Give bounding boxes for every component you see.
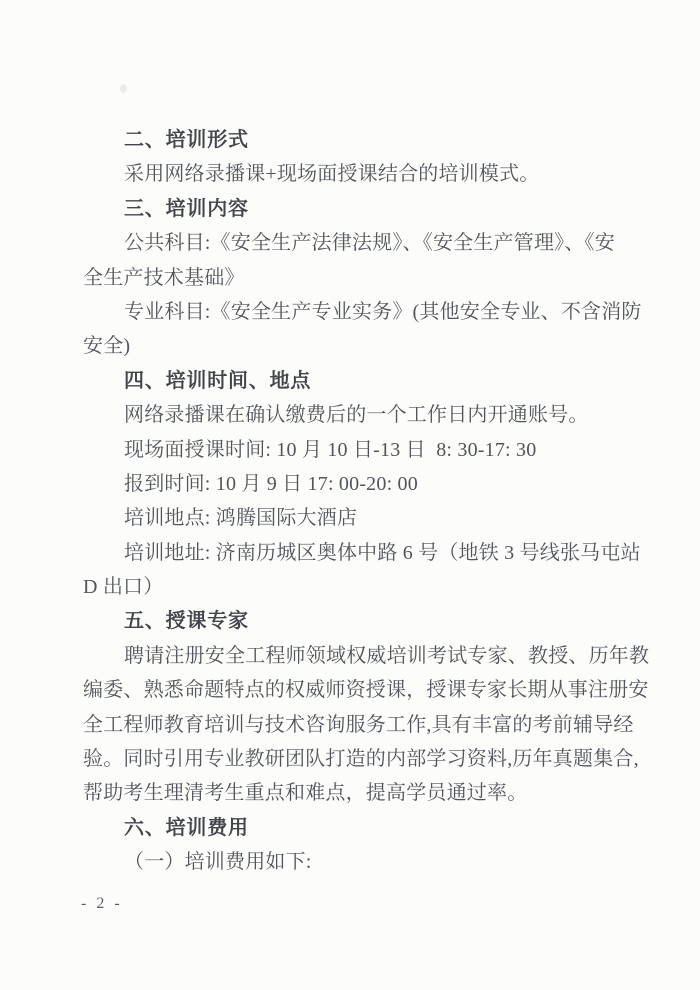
text-line: 帮助考生理清考生重点和难点，提高学员通过率。	[83, 776, 643, 810]
scanned-document-page: 二、培训形式采用网络录播课+现场面授课结合的培训模式。三、培训内容公共科目:《安…	[0, 0, 700, 990]
text-line: 网络录播课在确认缴费后的一个工作日内开通账号。	[83, 398, 643, 432]
text-line: 聘请注册安全工程师领域权威培训考试专家、教授、历年教	[83, 639, 643, 673]
section-heading: 四、培训时间、地点	[83, 364, 643, 398]
text-line: （一）培训费用如下:	[83, 845, 643, 879]
text-line: 安全)	[83, 329, 643, 363]
text-line: 培训地址: 济南历城区奥体中路 6 号（地铁 3 号线张马屯站	[83, 536, 643, 570]
page-number: - 2 -	[81, 894, 123, 914]
section-heading: 五、授课专家	[83, 604, 643, 638]
section-heading: 二、培训形式	[83, 123, 643, 157]
text-line: 全生产技术基础》	[83, 261, 643, 295]
section-heading: 三、培训内容	[83, 192, 643, 226]
scan-artifact	[120, 84, 127, 93]
text-line: 全工程师教育培训与技术咨询服务工作,具有丰富的考前辅导经	[83, 708, 643, 742]
text-line: 采用网络录播课+现场面授课结合的培训模式。	[83, 157, 643, 191]
section-heading: 六、培训费用	[83, 811, 643, 845]
text-line: D 出口）	[83, 570, 643, 604]
document-content: 二、培训形式采用网络录播课+现场面授课结合的培训模式。三、培训内容公共科目:《安…	[83, 123, 643, 880]
text-line: 编委、熟悉命题特点的权威师资授课，授课专家长期从事注册安	[83, 673, 643, 707]
text-line: 公共科目:《安全生产法律法规》、《安全生产管理》、《安	[83, 226, 643, 260]
text-line: 验。同时引用专业教研团队打造的内部学习资料,历年真题集合,	[83, 742, 643, 776]
text-line: 专业科目:《安全生产专业实务》(其他安全专业、不含消防	[83, 295, 643, 329]
text-line: 现场面授课时间: 10 月 10 日-13 日 8: 30-17: 30	[83, 433, 643, 467]
text-line: 培训地点: 鸿腾国际大酒店	[83, 501, 643, 535]
text-line: 报到时间: 10 月 9 日 17: 00-20: 00	[83, 467, 643, 501]
